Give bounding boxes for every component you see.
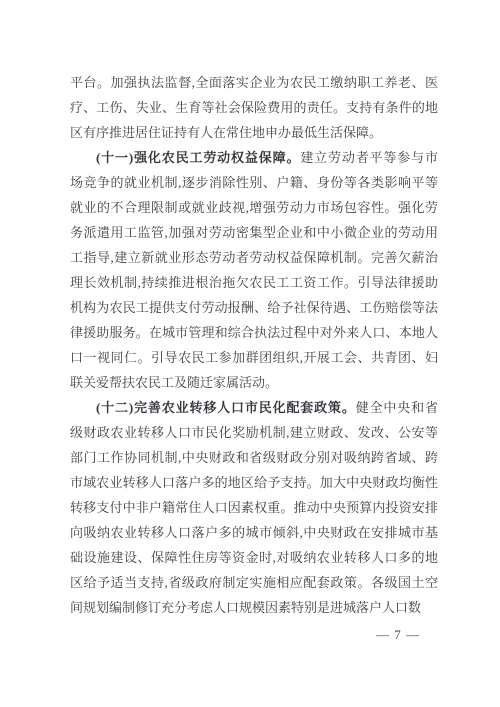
body-text: 转移支付中非户籍常住人口因素权重。推动中央预算内投资安排: [70, 500, 438, 515]
text-line: 级财政农业转移人口市民化奖励机制,建立财政、发改、公安等: [70, 420, 438, 445]
text-line: 平台。加强执法监督,全面落实企业为农民工缴纳职工养老、医: [70, 70, 438, 95]
body-text: 疗、工伤、失业、生育等社会保险费用的责任。支持有条件的地: [70, 100, 438, 115]
body-text: 级财政农业转移人口市民化奖励机制,建立财政、发改、公安等: [70, 425, 438, 440]
text-line: 律援助服务。在城市管理和综合执法过程中对外来人口、本地人: [70, 320, 438, 345]
text-line: 口一视同仁。引导农民工参加群团组织,开展工会、共青团、妇: [70, 345, 438, 370]
body-text: 向吸纳农业转移人口落户多的城市倾斜,中央财政在安排城市基: [70, 525, 438, 540]
text-line: 理长效机制,持续推进根治拖欠农民工工资工作。引导法律援助: [70, 270, 438, 295]
body-text: 机构为农民工提供支付劳动报酬、给予社保待遇、工伤赔偿等法: [70, 300, 438, 315]
text-line: 市域农业转移人口落户多的地区给予支持。加大中央财政均衡性: [70, 470, 438, 495]
body-text: 建立劳动者平等参与市: [300, 150, 438, 165]
text-line: 工指导,建立新就业形态劳动者劳动权益保障机制。完善欠薪治: [70, 245, 438, 270]
body-text: 础设施建设、保障性住房等资金时,对吸纳农业转移人口多的地: [70, 550, 438, 565]
body-text: 务派遣用工监管,加强对劳动密集型企业和中小微企业的劳动用: [70, 225, 438, 240]
body-text: 理长效机制,持续推进根治拖欠农民工工资工作。引导法律援助: [70, 275, 438, 290]
body-text: 区给予适当支持,省级政府制定实施相应配套政策。各级国土空: [70, 575, 438, 590]
section-heading: (十一)强化农民工劳动权益保障。: [96, 150, 300, 165]
text-line: 础设施建设、保障性住房等资金时,对吸纳农业转移人口多的地: [70, 545, 438, 570]
text-line: 间规划编制修订充分考虑人口规模因素特别是进城落户人口数: [70, 595, 438, 620]
body-text: 联关爱帮扶农民工及随迁家属活动。: [70, 375, 278, 390]
body-text: 健全中央和省: [356, 400, 438, 415]
body-text: 口一视同仁。引导农民工参加群团组织,开展工会、共青团、妇: [70, 350, 438, 365]
body-text: 平台。加强执法监督,全面落实企业为农民工缴纳职工养老、医: [70, 75, 438, 90]
text-line: 区有序推进居住证持有人在常住地申办最低生活保障。: [70, 120, 438, 145]
document-page: 平台。加强执法监督,全面落实企业为农民工缴纳职工养老、医疗、工伤、失业、生育等社…: [0, 0, 500, 707]
text-line: 区给予适当支持,省级政府制定实施相应配套政策。各级国土空: [70, 570, 438, 595]
text-line: (十一)强化农民工劳动权益保障。建立劳动者平等参与市: [70, 145, 438, 170]
body-text: 场竞争的就业机制,逐步消除性别、户籍、身份等各类影响平等: [70, 175, 438, 190]
body-text: 区有序推进居住证持有人在常住地申办最低生活保障。: [70, 125, 382, 140]
body-text: 律援助服务。在城市管理和综合执法过程中对外来人口、本地人: [70, 325, 438, 340]
text-line: 场竞争的就业机制,逐步消除性别、户籍、身份等各类影响平等: [70, 170, 438, 195]
text-line: (十二)完善农业转移人口市民化配套政策。健全中央和省: [70, 395, 438, 420]
text-line: 转移支付中非户籍常住人口因素权重。推动中央预算内投资安排: [70, 495, 438, 520]
document-body: 平台。加强执法监督,全面落实企业为农民工缴纳职工养老、医疗、工伤、失业、生育等社…: [70, 70, 438, 620]
section-heading: (十二)完善农业转移人口市民化配套政策。: [96, 400, 356, 415]
text-line: 向吸纳农业转移人口落户多的城市倾斜,中央财政在安排城市基: [70, 520, 438, 545]
text-line: 务派遣用工监管,加强对劳动密集型企业和中小微企业的劳动用: [70, 220, 438, 245]
body-text: 部门工作协同机制,中央财政和省级财政分别对吸纳跨省域、跨: [70, 450, 438, 465]
body-text: 就业的不合理限制或就业歧视,增强劳动力市场包容性。强化劳: [70, 200, 438, 215]
text-line: 就业的不合理限制或就业歧视,增强劳动力市场包容性。强化劳: [70, 195, 438, 220]
text-line: 部门工作协同机制,中央财政和省级财政分别对吸纳跨省域、跨: [70, 445, 438, 470]
body-text: 工指导,建立新就业形态劳动者劳动权益保障机制。完善欠薪治: [70, 250, 438, 265]
text-line: 机构为农民工提供支付劳动报酬、给予社保待遇、工伤赔偿等法: [70, 295, 438, 320]
text-line: 疗、工伤、失业、生育等社会保险费用的责任。支持有条件的地: [70, 95, 438, 120]
page-number: — 7 —: [376, 627, 420, 643]
text-line: 联关爱帮扶农民工及随迁家属活动。: [70, 370, 438, 395]
body-text: 市域农业转移人口落户多的地区给予支持。加大中央财政均衡性: [70, 475, 438, 490]
body-text: 间规划编制修订充分考虑人口规模因素特别是进城落户人口数: [70, 600, 421, 615]
